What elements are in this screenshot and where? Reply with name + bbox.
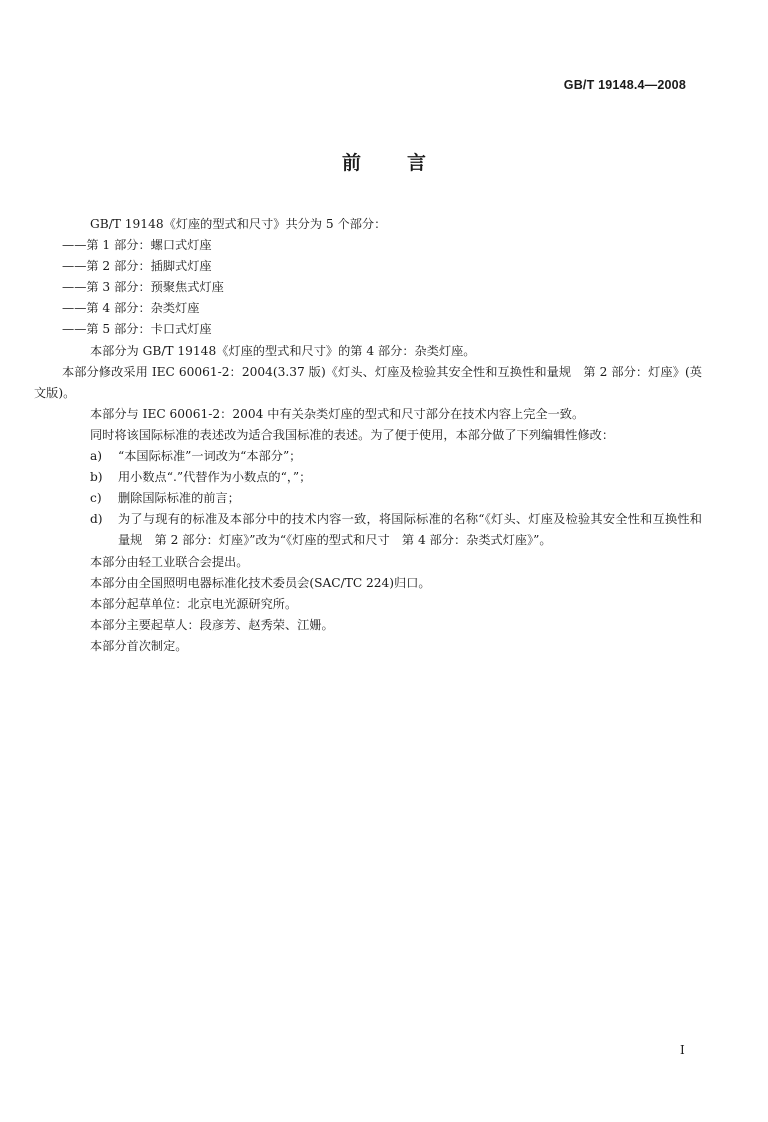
part-list-item: ——第 3 部分：预聚焦式灯座 xyxy=(62,277,702,298)
page-title: 前言 xyxy=(0,148,768,175)
paragraph: 本部分为 GB/T 19148《灯座的型式和尺寸》的第 4 部分：杂类灯座。 xyxy=(62,341,702,362)
edit-list-item: c) 删除国际标准的前言； xyxy=(62,488,702,509)
page-number: I xyxy=(680,1043,685,1057)
foreword-body: GB/T 19148《灯座的型式和尺寸》共分为 5 个部分： ——第 1 部分：… xyxy=(62,214,702,657)
paragraph: 本部分首次制定。 xyxy=(62,636,702,657)
title-char-1: 前 xyxy=(342,148,361,175)
standard-number: GB/T 19148.4—2008 xyxy=(564,78,686,92)
part-list-item: ——第 4 部分：杂类灯座 xyxy=(62,298,702,319)
item-label: d) xyxy=(90,509,118,551)
edit-list-item: b) 用小数点“.”代替作为小数点的“，”； xyxy=(62,467,702,488)
paragraph: 本部分由全国照明电器标准化技术委员会(SAC/TC 224)归口。 xyxy=(62,573,702,594)
paragraph: 本部分起草单位：北京电光源研究所。 xyxy=(62,594,702,615)
part-list-item: ——第 1 部分：螺口式灯座 xyxy=(62,235,702,256)
paragraph: 本部分由轻工业联合会提出。 xyxy=(62,552,702,573)
paragraph: 本部分与 IEC 60061-2：2004 中有关杂类灯座的型式和尺寸部分在技术… xyxy=(62,404,702,425)
part-list-item: ——第 2 部分：插脚式灯座 xyxy=(62,256,702,277)
edit-list-item: a) “本国际标准”一词改为“本部分”； xyxy=(62,446,702,467)
edit-list-item: d) 为了与现有的标准及本部分中的技术内容一致，将国际标准的名称“《灯头、灯座及… xyxy=(62,509,702,551)
paragraph: 本部分主要起草人：段彦芳、赵秀荣、江姗。 xyxy=(62,615,702,636)
paragraph: 本部分修改采用 IEC 60061-2：2004(3.37 版)《灯头、灯座及检… xyxy=(34,362,702,404)
intro-paragraph: GB/T 19148《灯座的型式和尺寸》共分为 5 个部分： xyxy=(62,214,702,235)
item-label: c) xyxy=(90,488,118,509)
item-text: 删除国际标准的前言； xyxy=(118,488,702,509)
title-char-2: 言 xyxy=(407,148,426,175)
item-label: b) xyxy=(90,467,118,488)
part-list-item: ——第 5 部分：卡口式灯座 xyxy=(62,319,702,340)
item-label: a) xyxy=(90,446,118,467)
item-text: 用小数点“.”代替作为小数点的“，”； xyxy=(118,467,702,488)
item-text: 为了与现有的标准及本部分中的技术内容一致，将国际标准的名称“《灯头、灯座及检验其… xyxy=(118,509,702,551)
item-text: “本国际标准”一词改为“本部分”； xyxy=(118,446,702,467)
paragraph: 同时将该国际标准的表述改为适合我国标准的表述。为了便于使用，本部分做了下列编辑性… xyxy=(62,425,702,446)
